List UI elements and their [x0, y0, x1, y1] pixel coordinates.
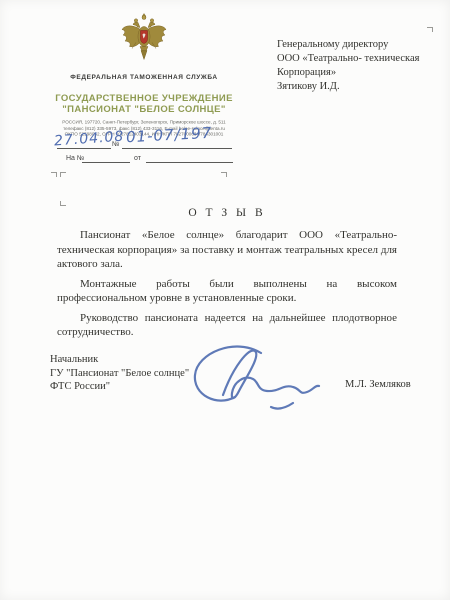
- reply-to-label: На №: [66, 155, 84, 162]
- reply-date-label: от: [134, 155, 141, 162]
- reply-date-underline: [146, 162, 233, 163]
- body-paragraph: Пансионат «Белое солнце» благодарит ООО …: [57, 228, 397, 272]
- russian-coat-of-arms-icon: [119, 12, 169, 70]
- agency-name: ФЕДЕРАЛЬНАЯ ТАМОЖЕННАЯ СЛУЖБА: [38, 74, 250, 81]
- recipient-line: Корпорация»: [277, 66, 437, 80]
- registry-line: ОКПО 52598052, ОГРН 1027812403144, ИНН/К…: [46, 132, 241, 138]
- corner-mark: [60, 172, 66, 177]
- body-paragraph: Монтажные работы были выполнены на высок…: [57, 277, 397, 306]
- document-title: О Т З Ы В: [57, 207, 397, 219]
- organization-name: ГОСУДАРСТВЕННОЕ УЧРЕЖДЕНИЕ "ПАНСИОНАТ "Б…: [38, 93, 250, 115]
- requisites: РОССИЯ, 197720, Санкт-Петербург, Зеленог…: [46, 120, 241, 138]
- reply-number-underline: [82, 162, 130, 163]
- number-underline: [122, 148, 232, 149]
- recipient-line: Генеральному директору: [277, 38, 437, 52]
- number-sign-label: №: [112, 141, 120, 148]
- organization-name-line2: "ПАНСИОНАТ "БЕЛОЕ СОЛНЦЕ": [38, 104, 250, 115]
- handwritten-signature-icon: [175, 333, 335, 423]
- recipient-block: Генеральному директору ООО «Театрально- …: [277, 38, 437, 94]
- corner-mark: [60, 201, 66, 206]
- address-line: РОССИЯ, 197720, Санкт-Петербург, Зеленог…: [46, 120, 241, 126]
- date-underline: [57, 148, 111, 149]
- corner-mark: [221, 172, 227, 177]
- corner-mark: [427, 27, 433, 32]
- corner-mark: [51, 172, 57, 177]
- recipient-line: Зятикову И.Д.: [277, 80, 437, 94]
- letter-body: Пансионат «Белое солнце» благодарит ООО …: [57, 228, 397, 345]
- recipient-line: ООО «Театрально- техническая: [277, 52, 437, 66]
- signatory-name: М.Л. Земляков: [345, 379, 411, 390]
- organization-name-line1: ГОСУДАРСТВЕННОЕ УЧРЕЖДЕНИЕ: [38, 93, 250, 104]
- letterhead: ФЕДЕРАЛЬНАЯ ТАМОЖЕННАЯ СЛУЖБА ГОСУДАРСТВ…: [38, 12, 250, 139]
- scanned-letter-page: ФЕДЕРАЛЬНАЯ ТАМОЖЕННАЯ СЛУЖБА ГОСУДАРСТВ…: [0, 0, 450, 600]
